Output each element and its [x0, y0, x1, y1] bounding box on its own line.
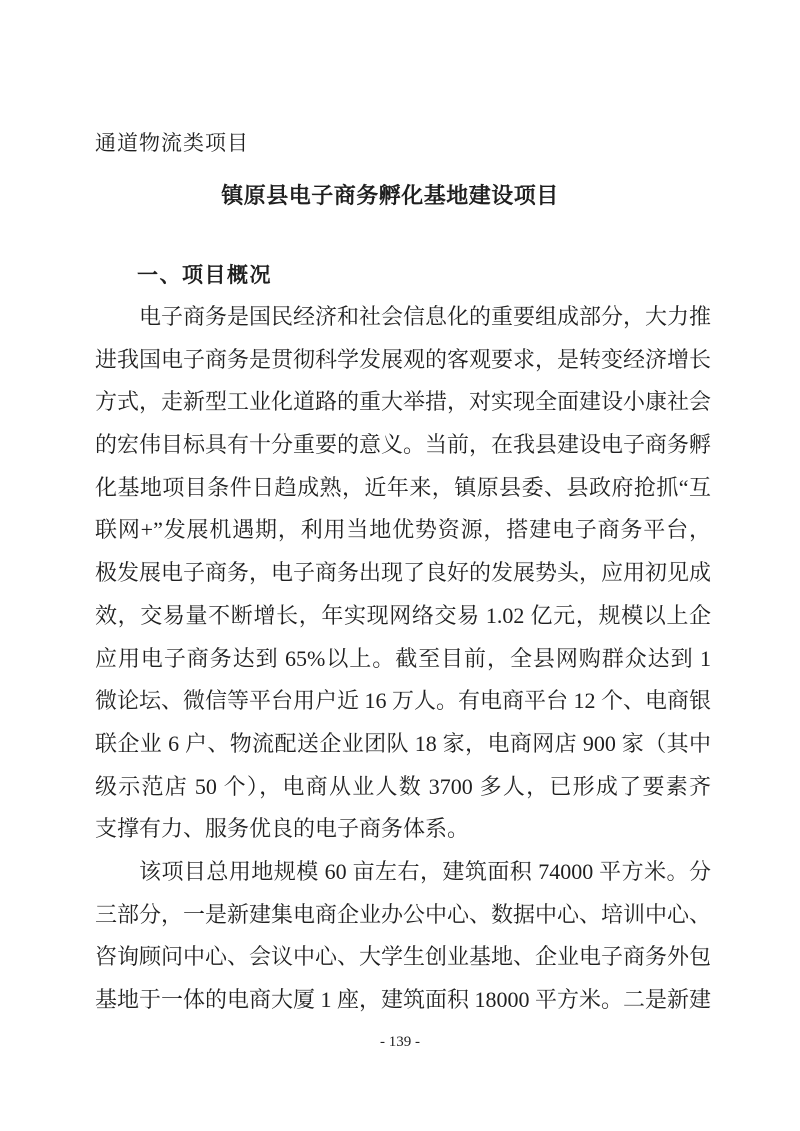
- text-line: 效，交易量不断增长，年实现网络交易 1.02 亿元，规模以上企业: [95, 595, 711, 638]
- document-title: 镇原县电子商务孵化基地建设项目: [95, 182, 685, 209]
- text-line: 的宏伟目标具有十分重要的意义。当前，在我县建设电子商务孵: [95, 424, 711, 467]
- text-line: 联网+”发展机遇期，利用当地优势资源，搭建电子商务平台，积: [95, 509, 711, 552]
- text-line: 该项目总用地规模 60 亩左右，建筑面积 74000 平方米。分为: [95, 851, 711, 894]
- text-line: 三部分，一是新建集电商企业办公中心、数据中心、培训中心、: [95, 894, 711, 937]
- text-line: 进我国电子商务是贯彻科学发展观的客观要求，是转变经济增长: [95, 339, 711, 382]
- text-line: 化基地项目条件日趋成熟，近年来，镇原县委、县政府抢抓“互: [95, 467, 711, 510]
- text-line: 方式，走新型工业化道路的重大举措，对实现全面建设小康社会: [95, 381, 711, 424]
- page-number: - 139 -: [0, 1033, 800, 1052]
- text-line: 微论坛、微信等平台用户近 16 万人。有电商平台 12 个、电商银: [95, 680, 711, 723]
- text-line: 电子商务是国民经济和社会信息化的重要组成部分，大力推: [95, 296, 711, 339]
- section-heading: 一、项目概况: [137, 262, 272, 288]
- text-line: 支撑有力、服务优良的电子商务体系。: [95, 808, 711, 851]
- category-label: 通道物流类项目: [95, 131, 249, 156]
- document-page: 通道物流类项目 镇原县电子商务孵化基地建设项目 一、项目概况 电子商务是国民经济…: [0, 0, 800, 1131]
- text-line: 联企业 6 户、物流配送企业团队 18 家，电商网店 900 家（其中村: [95, 723, 711, 766]
- paragraph: 电子商务是国民经济和社会信息化的重要组成部分，大力推进我国电子商务是贯彻科学发展…: [95, 296, 711, 851]
- text-line: 应用电子商务达到 65%以上。截至目前，全县网购群众达到 1 万人，: [95, 638, 711, 681]
- text-line: 极发展电子商务，电子商务出现了良好的发展势头，应用初见成: [95, 552, 711, 595]
- paragraph: 该项目总用地规模 60 亩左右，建筑面积 74000 平方米。分为三部分，一是新…: [95, 851, 711, 1022]
- text-line: 级示范店 50 个），电商从业人数 3700 多人，已形成了要素齐全、: [95, 766, 711, 809]
- document-body: 电子商务是国民经济和社会信息化的重要组成部分，大力推进我国电子商务是贯彻科学发展…: [95, 296, 711, 1022]
- text-line: 咨询顾问中心、会议中心、大学生创业基地、企业电子商务外包: [95, 936, 711, 979]
- text-line: 基地于一体的电商大厦 1 座，建筑面积 18000 平方米。二是新建: [95, 979, 711, 1022]
